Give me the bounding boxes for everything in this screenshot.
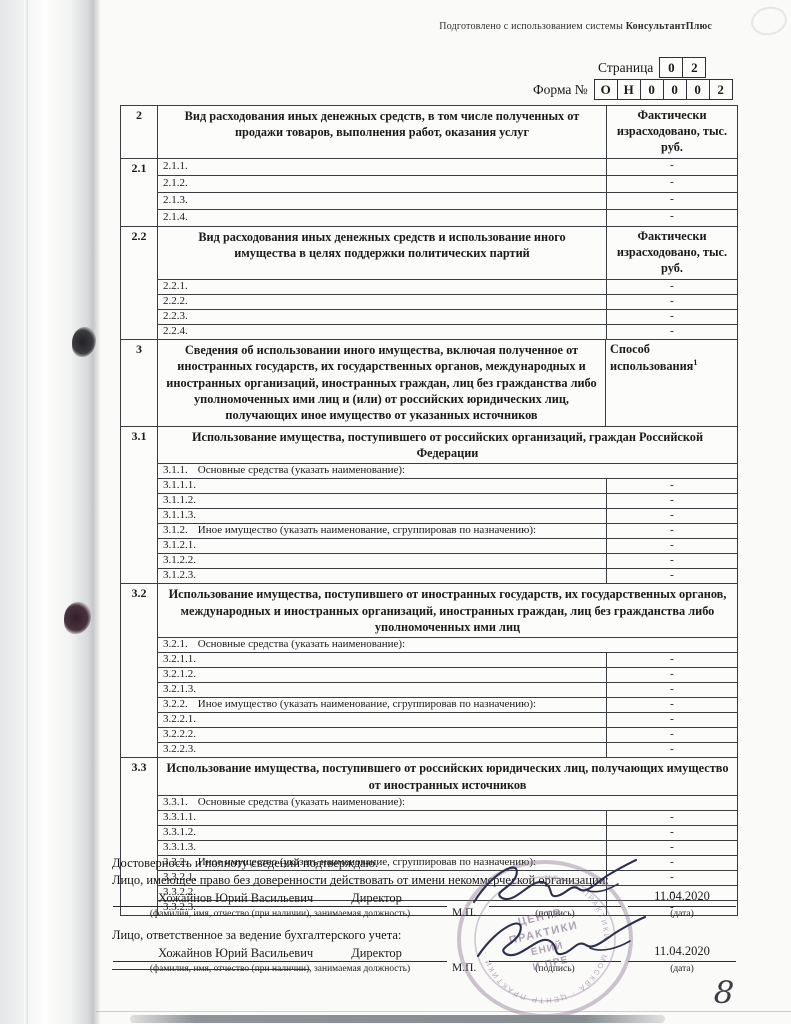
row-number: 3.1.2.3. (163, 569, 196, 581)
form-box: 2 (710, 79, 733, 100)
table-row: 2.2.3.- (158, 309, 737, 324)
row-value: - (606, 295, 737, 309)
table-row: 2.2.4.- (158, 324, 737, 339)
row-value: - (606, 743, 737, 757)
row-number: 3.3.1.1. (163, 811, 196, 823)
row-label: 3.2.2.3. (158, 743, 606, 757)
row-label: 2.1.2. (158, 176, 606, 192)
row-value: - (606, 159, 737, 175)
section-number: 2 (121, 106, 158, 158)
person2-mp-label: М.П. (452, 962, 476, 974)
table-row: 3.3.1.Основные средства (указать наимено… (158, 795, 737, 810)
row-value: - (606, 569, 737, 583)
row-value: - (606, 728, 737, 742)
table-row: 3.1.2.3.- (158, 568, 737, 583)
row-number: 3.2.2.3. (163, 743, 196, 755)
table-row: 3.3.1.2.- (158, 825, 737, 840)
section-body: Вид расходования иных денежных средств, … (158, 106, 737, 158)
table-row: 2.1.1.- (158, 159, 737, 175)
row-label: 2.1.4. (158, 210, 606, 226)
form-number-row: Форма № О Н 0 0 0 2 (533, 79, 733, 100)
row-value: - (606, 683, 737, 697)
row-label: 3.1.2.1. (158, 539, 606, 553)
section-title: Использование имущества, поступившего от… (158, 584, 737, 637)
row-number: 3.1.1.1. (163, 479, 196, 491)
section-title-row: Использование имущества, поступившего от… (158, 427, 737, 464)
row-number: 3.2.1.2. (163, 668, 196, 680)
row-number: 3.1.1.2. (163, 494, 196, 506)
row-value: - (606, 193, 737, 209)
prepared-note: Подготовлено с использованием системы Ко… (0, 21, 712, 32)
section-body: Использование имущества, поступившего от… (158, 427, 737, 584)
person2-name: Хожайнов Юрий Васильевич (158, 946, 313, 961)
row-number: 2.1.3. (163, 194, 188, 206)
row-label: 3.2.1.3. (158, 683, 606, 697)
row-value: - (606, 856, 737, 870)
section-title-row: Использование имущества, поступившего от… (158, 584, 737, 637)
table-row: 2.1.3.- (158, 192, 737, 209)
row-label: 2.1.1. (158, 159, 606, 175)
table-row: 3.1.2.Иное имущество (указать наименован… (158, 523, 737, 538)
row-label: 3.2.2.2. (158, 728, 606, 742)
section-title: Вид расходования иных денежных средств и… (158, 227, 606, 279)
row-text: Основные средства (указать наименование)… (198, 638, 405, 650)
row-label: 2.2.2. (158, 295, 606, 309)
row-value: - (606, 509, 737, 523)
row-value: - (606, 524, 737, 538)
row-label: 2.2.1. (158, 280, 606, 294)
section-title-row: Вид расходования иных денежных средств и… (158, 227, 737, 279)
table-row: 2.1.4.- (158, 209, 737, 226)
person1-date-caption: (дата) (628, 909, 736, 919)
table-row: 3.2.2.3.- (158, 742, 737, 757)
table-section: 2Вид расходования иных денежных средств,… (121, 106, 737, 158)
form-label: Форма № (533, 82, 594, 98)
table-row: 3.1.1.2.- (158, 493, 737, 508)
person1-date: 11.04.2020 (628, 889, 736, 907)
row-label: 3.2.1.2. (158, 668, 606, 682)
table-section: 3.1Использование имущества, поступившего… (121, 426, 737, 584)
person1-intro: Лицо, имеющее право без доверенности дей… (112, 873, 609, 888)
row-value: - (606, 668, 737, 682)
row-value: - (606, 554, 737, 568)
row-value: - (606, 713, 737, 727)
table-row: 3.1.2.1.- (158, 538, 737, 553)
section-number: 3.1 (121, 427, 158, 584)
section-title: Использование имущества, поступившего от… (158, 758, 737, 795)
row-text: Основные средства (указать наименование)… (198, 796, 405, 808)
row-number: 3.2.1.3. (163, 683, 196, 695)
form-box: 0 (664, 79, 687, 100)
table-row: 3.2.1.Основные средства (указать наимено… (158, 637, 737, 652)
person1-name: Хожайнов Юрий Васильевич (158, 891, 313, 906)
row-text: Основные средства (указать наименование)… (198, 464, 405, 476)
table-row: 3.2.2.2.- (158, 727, 737, 742)
section-value-header: Фактически израсходовано, тыс. руб. (606, 106, 737, 158)
row-label: 3.1.2.2. (158, 554, 606, 568)
form-box: О (594, 79, 618, 100)
row-label: 3.3.1.2. (158, 826, 606, 840)
row-number: 2.2.2. (163, 295, 188, 307)
person1-sign-caption: (подпись) (489, 909, 621, 919)
person2-sign-line (489, 944, 621, 962)
page-fold-shadow (0, 0, 100, 1024)
scan-edge-bar (130, 1015, 665, 1023)
row-label: 3.2.2.Иное имущество (указать наименован… (158, 698, 606, 712)
scan-edge-line (96, 1011, 791, 1012)
section-value-header: Способ использования1 (605, 340, 737, 426)
row-number: 2.1.1. (163, 160, 188, 172)
row-value: - (606, 539, 737, 553)
section-body: 2.1.1.-2.1.2.-2.1.3.-2.1.4.- (158, 159, 737, 226)
form-table: 2Вид расходования иных денежных средств,… (120, 105, 738, 916)
table-row: 2.2.2.- (158, 294, 737, 309)
row-label: 3.2.1.Основные средства (указать наимено… (158, 638, 737, 652)
table-section: 2.12.1.1.-2.1.2.-2.1.3.-2.1.4.- (121, 158, 737, 226)
table-row: 3.2.2.1.- (158, 712, 737, 727)
row-number: 3.1.2. (163, 524, 188, 536)
form-box: 0 (641, 79, 664, 100)
person1-sign-line (489, 889, 621, 907)
table-row: 2.2.1.- (158, 279, 737, 294)
row-value: - (606, 841, 737, 855)
prepared-note-text: Подготовлено с использованием системы (439, 21, 625, 32)
person2-intro: Лицо, ответственное за ведение бухгалтер… (112, 928, 401, 943)
handwritten-page-number: 8 (713, 974, 735, 1011)
row-value: - (606, 310, 737, 324)
table-row: 3.1.1.Основные средства (указать наимено… (158, 463, 737, 478)
row-label: 3.2.2.1. (158, 713, 606, 727)
section-number: 2.1 (121, 159, 158, 226)
prepared-note-brand: КонсультантПлюс (626, 21, 712, 32)
row-number: 2.2.3. (163, 310, 188, 322)
section-number: 3 (121, 340, 158, 426)
row-value: - (606, 826, 737, 840)
section-title: Вид расходования иных денежных средств, … (158, 106, 606, 158)
row-label: 3.1.1.2. (158, 494, 606, 508)
confirm-statement: Достоверность и полноту сведений подтвер… (112, 856, 378, 871)
section-number: 3.2 (121, 584, 158, 757)
row-number: 3.3.1. (163, 796, 188, 808)
row-value: - (606, 479, 737, 493)
person2-date-caption: (дата) (628, 964, 736, 974)
section-body: Вид расходования иных денежных средств и… (158, 227, 737, 339)
row-number: 2.2.4. (163, 325, 188, 337)
person1-name-caption: (фамилия, имя, отчество (при наличии), з… (113, 909, 447, 919)
form-box: Н (618, 79, 641, 100)
row-number: 3.1.2.1. (163, 539, 196, 551)
row-number: 3.2.2.1. (163, 713, 196, 725)
page-number-boxes: 0 2 (659, 57, 706, 78)
table-row: 3.2.1.2.- (158, 667, 737, 682)
row-label: 3.3.1.Основные средства (указать наимено… (158, 796, 737, 810)
empty-signature-line (112, 969, 310, 970)
form-number-boxes: О Н 0 0 0 2 (594, 79, 733, 100)
row-value: - (606, 176, 737, 192)
row-text: Иное имущество (указать наименование, сг… (198, 524, 536, 536)
scan-corner-artifact (747, 4, 789, 42)
section-value-header: Фактически израсходовано, тыс. руб. (606, 227, 737, 279)
section-title: Сведения об использовании иного имуществ… (158, 340, 605, 426)
section-number: 2.2 (121, 227, 158, 339)
row-label: 3.3.1.1. (158, 811, 606, 825)
scanned-document-page: Подготовлено с использованием системы Ко… (0, 0, 791, 1024)
table-row: 2.1.2.- (158, 175, 737, 192)
row-label: 3.1.1.3. (158, 509, 606, 523)
row-label: 2.2.3. (158, 310, 606, 324)
table-row: 3.2.1.3.- (158, 682, 737, 697)
row-value: - (606, 325, 737, 339)
row-number: 3.2.1. (163, 638, 188, 650)
section-title-row: Вид расходования иных денежных средств, … (158, 106, 737, 158)
row-number: 3.2.1.1. (163, 653, 196, 665)
person1-title: Директор (351, 891, 402, 906)
row-label: 3.1.2.Иное имущество (указать наименован… (158, 524, 606, 538)
page-label: Страница (598, 60, 659, 76)
row-label: 3.3.1.3. (158, 841, 606, 855)
row-number: 3.3.1.2. (163, 826, 196, 838)
table-row: 3.1.1.3.- (158, 508, 737, 523)
table-row: 3.1.1.1.- (158, 478, 737, 493)
row-number: 3.2.2. (163, 698, 188, 710)
row-number: 2.1.4. (163, 211, 188, 223)
person2-title: Директор (351, 946, 402, 961)
row-number: 3.1.2.2. (163, 554, 196, 566)
section-title-row: Сведения об использовании иного имуществ… (158, 340, 737, 426)
person1-name-line: Хожайнов Юрий Васильевич Директор (113, 889, 447, 907)
table-section: 3Сведения об использовании иного имущест… (121, 339, 737, 426)
person2-date: 11.04.2020 (628, 944, 736, 962)
section-title-row: Использование имущества, поступившего от… (158, 758, 737, 795)
row-number: 2.1.2. (163, 177, 188, 189)
row-number: 3.1.1. (163, 464, 188, 476)
row-label: 3.1.2.3. (158, 569, 606, 583)
table-row: 3.2.1.1.- (158, 652, 737, 667)
row-value: - (606, 280, 737, 294)
page-crease (24, 0, 28, 1024)
row-number: 3.2.2.2. (163, 728, 196, 740)
row-value: - (606, 811, 737, 825)
person2-name-line: Хожайнов Юрий Васильевич Директор (113, 944, 447, 962)
row-number: 3.1.1.3. (163, 509, 196, 521)
table-row: 3.2.2.Иное имущество (указать наименован… (158, 697, 737, 712)
table-row: 3.3.1.1.- (158, 810, 737, 825)
row-label: 2.2.4. (158, 325, 606, 339)
row-value: - (606, 871, 737, 885)
page-number-row: Страница 0 2 (598, 57, 706, 78)
row-label: 3.2.1.1. (158, 653, 606, 667)
stamp-line2: ПРАКТИКИ (508, 919, 579, 947)
row-value: - (606, 653, 737, 667)
row-label: 3.1.1.Основные средства (указать наимено… (158, 464, 737, 478)
table-row: 3.3.1.3.- (158, 840, 737, 855)
table-section: 3.2Использование имущества, поступившего… (121, 583, 737, 757)
table-section: 2.2Вид расходования иных денежных средст… (121, 226, 737, 339)
section-title: Использование имущества, поступившего от… (158, 427, 737, 464)
row-value: - (606, 210, 737, 226)
row-number: 3.3.1.3. (163, 841, 196, 853)
row-value: - (606, 494, 737, 508)
footnote-marker: 1 (693, 358, 697, 367)
row-label: 3.1.1.1. (158, 479, 606, 493)
form-box: 0 (687, 79, 710, 100)
section-body: Использование имущества, поступившего от… (158, 584, 737, 757)
section-body: Сведения об использовании иного имуществ… (158, 340, 737, 426)
page-box: 0 (659, 57, 683, 78)
person1-mp-label: М.П. (452, 907, 476, 919)
person2-sign-caption: (подпись) (489, 964, 621, 974)
row-value: - (606, 698, 737, 712)
page-box: 2 (683, 57, 706, 78)
row-label: 2.1.3. (158, 193, 606, 209)
table-row: 3.1.2.2.- (158, 553, 737, 568)
row-text: Иное имущество (указать наименование, сг… (198, 698, 536, 710)
row-number: 2.2.1. (163, 280, 188, 292)
